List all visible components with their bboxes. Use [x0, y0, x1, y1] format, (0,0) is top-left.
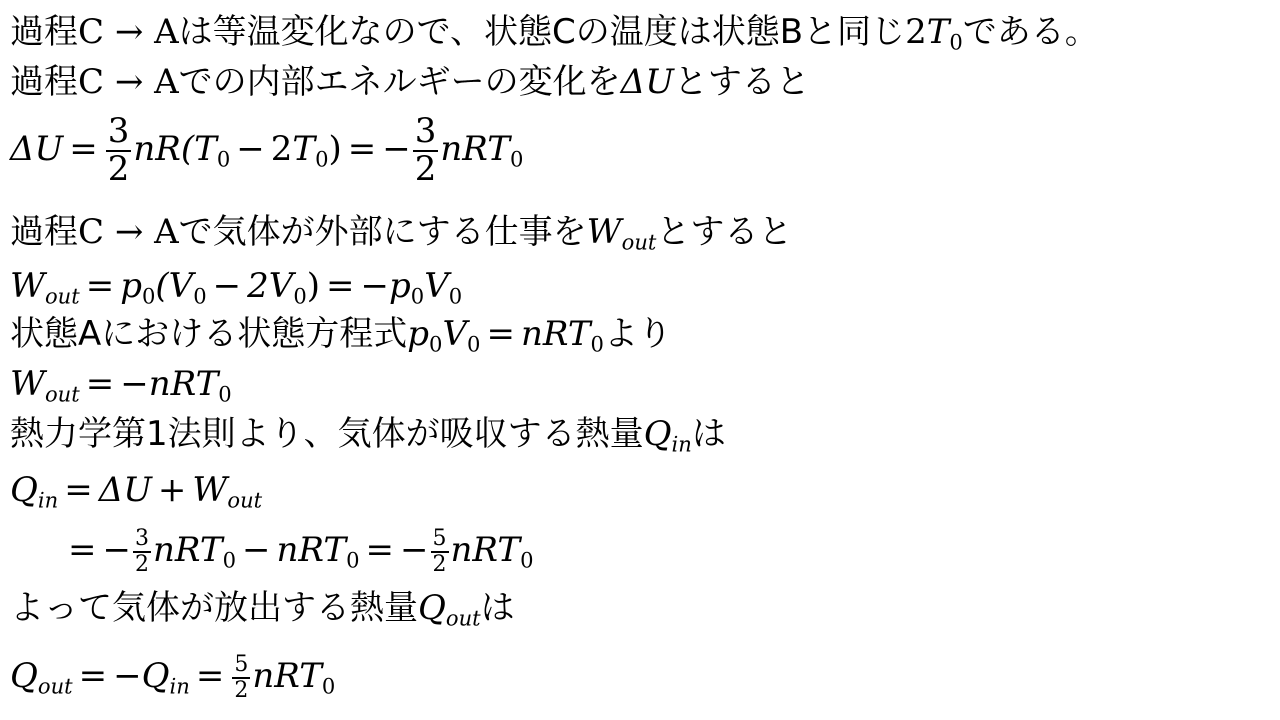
- math-sub: 0: [142, 283, 155, 308]
- math-sub: 0: [520, 547, 533, 572]
- text: とすると: [656, 212, 792, 252]
- numerator: 5: [431, 527, 449, 552]
- math-sub: 0: [223, 547, 236, 572]
- process-label: C → A: [78, 62, 179, 102]
- math: 2: [271, 129, 293, 169]
- math-sub: 0: [411, 283, 424, 308]
- math: T: [927, 12, 950, 52]
- text-line-6: 状態Aにおける状態方程式p0V0=nRT0より: [10, 314, 672, 354]
- text: より: [604, 314, 672, 354]
- math: =: [80, 364, 121, 404]
- math: =: [190, 656, 231, 696]
- math-sub: out: [227, 487, 262, 512]
- process-label: C → A: [78, 12, 179, 52]
- math-sub: 0: [218, 381, 231, 406]
- math: nRT: [277, 530, 347, 570]
- numerator: 3: [413, 114, 439, 152]
- numerator: 3: [133, 527, 151, 552]
- math-sub: out: [45, 283, 80, 308]
- text: 過程: [10, 12, 78, 52]
- math: p: [120, 266, 142, 306]
- denominator: 2: [415, 152, 437, 188]
- equation-work-result: Wout=−nRT0: [10, 364, 232, 404]
- math-sub: 0: [949, 29, 962, 54]
- math: =: [480, 314, 521, 354]
- numerator: 5: [232, 653, 250, 678]
- math: W: [10, 266, 45, 306]
- math-sub: out: [38, 673, 73, 698]
- math-sub: 0: [322, 673, 335, 698]
- equation-q-in: Qin=ΔU+Wout: [10, 470, 262, 510]
- math: ): [307, 266, 320, 306]
- equation-q-in-expanded: =−32nRT0−nRT0=−52nRT0: [62, 520, 534, 580]
- text-line-4: 過程C → Aで気体が外部にする仕事をWoutとすると: [10, 212, 792, 252]
- math-sub: in: [170, 673, 190, 698]
- math: 2: [905, 12, 927, 52]
- math: nRT: [451, 530, 521, 570]
- math: T: [194, 129, 217, 169]
- denominator: 2: [433, 553, 447, 576]
- math: ΔU: [621, 62, 674, 102]
- text: は: [481, 588, 515, 628]
- math: −Q: [113, 656, 169, 696]
- math: −: [230, 129, 271, 169]
- math-sub: in: [672, 431, 692, 456]
- math: (V: [155, 266, 193, 306]
- math: ΔU: [99, 470, 152, 510]
- math: nRT: [440, 129, 510, 169]
- denominator: 2: [135, 553, 149, 576]
- math: +: [152, 470, 193, 510]
- math: =: [63, 129, 104, 169]
- math: ΔU: [10, 129, 63, 169]
- equation-q-out: Qout=−Qin=52nRT0: [10, 646, 335, 706]
- math: =: [80, 266, 121, 306]
- math: −: [236, 530, 277, 570]
- text: での内部エネルギーの変化を: [179, 62, 621, 102]
- math: T: [292, 129, 315, 169]
- text: 過程: [10, 212, 78, 252]
- math: =: [360, 530, 401, 570]
- math: nRT: [252, 656, 322, 696]
- math: W: [192, 470, 227, 510]
- process-label: C → A: [78, 212, 179, 252]
- text: とすると: [674, 62, 810, 102]
- fraction: 52: [431, 527, 449, 575]
- denominator: 2: [234, 679, 248, 702]
- numerator: 3: [106, 114, 132, 152]
- text: 熱力学第1法則より、気体が吸収する熱量: [10, 414, 644, 454]
- math: =: [73, 656, 114, 696]
- math: p: [407, 314, 429, 354]
- text-line-8: 熱力学第1法則より、気体が吸収する熱量Qinは: [10, 414, 726, 454]
- math: nRT: [153, 530, 223, 570]
- math-sub: 0: [217, 147, 230, 172]
- text: 過程: [10, 62, 78, 102]
- math: −: [103, 530, 132, 570]
- equation-work: Wout=p0(V0−2V0)=−p0V0: [10, 266, 462, 306]
- math: W: [587, 212, 622, 252]
- text: で気体が外部にする仕事を: [179, 212, 587, 252]
- text: は: [692, 414, 726, 454]
- math-sub: 0: [510, 147, 523, 172]
- math-sub: out: [622, 229, 657, 254]
- math: nR(: [133, 129, 194, 169]
- fraction: 32: [413, 114, 439, 187]
- math: 2V: [247, 266, 293, 306]
- math-sub: in: [38, 487, 58, 512]
- text-line-1: 過程C → Aは等温変化なので、状態Cの温度は状態Bと同じ2T0である。: [10, 12, 1099, 52]
- math: −p: [361, 266, 411, 306]
- math: =: [62, 530, 103, 570]
- text: よって気体が放出する熱量: [10, 588, 418, 628]
- math: −: [382, 129, 411, 169]
- math-sub: 0: [449, 283, 462, 308]
- fraction: 32: [106, 114, 132, 187]
- math: V: [442, 314, 467, 354]
- fraction: 32: [133, 527, 151, 575]
- text-line-2: 過程C → Aでの内部エネルギーの変化をΔUとすると: [10, 62, 810, 102]
- math-sub: 0: [591, 331, 604, 356]
- text: 状態Aにおける状態方程式: [10, 314, 407, 354]
- denominator: 2: [108, 152, 130, 188]
- math-sub: 0: [293, 283, 306, 308]
- math-sub: out: [446, 605, 481, 630]
- math-sub: 0: [467, 331, 480, 356]
- math: −: [207, 266, 248, 306]
- math-sub: 0: [193, 283, 206, 308]
- math-sub: 0: [346, 547, 359, 572]
- math: =: [58, 470, 99, 510]
- math: Q: [644, 414, 672, 454]
- text: である。: [963, 12, 1099, 52]
- equation-delta-u: ΔU=32nR(T0−2T0)=−32nRT0: [10, 114, 523, 187]
- fraction: 52: [232, 653, 250, 701]
- text-line-11: よって気体が放出する熱量Qoutは: [10, 588, 515, 628]
- math: ): [328, 129, 341, 169]
- math: W: [10, 364, 45, 404]
- text: は等温変化なので、状態Cの温度は状態Bと同じ: [179, 12, 905, 52]
- math: −nRT: [120, 364, 218, 404]
- math: −: [400, 530, 429, 570]
- math: =: [320, 266, 361, 306]
- math-sub: out: [45, 381, 80, 406]
- math: V: [424, 266, 449, 306]
- math: nRT: [521, 314, 591, 354]
- math: Q: [10, 656, 38, 696]
- math: Q: [10, 470, 38, 510]
- math: =: [342, 129, 383, 169]
- math: Q: [418, 588, 446, 628]
- math-sub: 0: [429, 331, 442, 356]
- math-sub: 0: [315, 147, 328, 172]
